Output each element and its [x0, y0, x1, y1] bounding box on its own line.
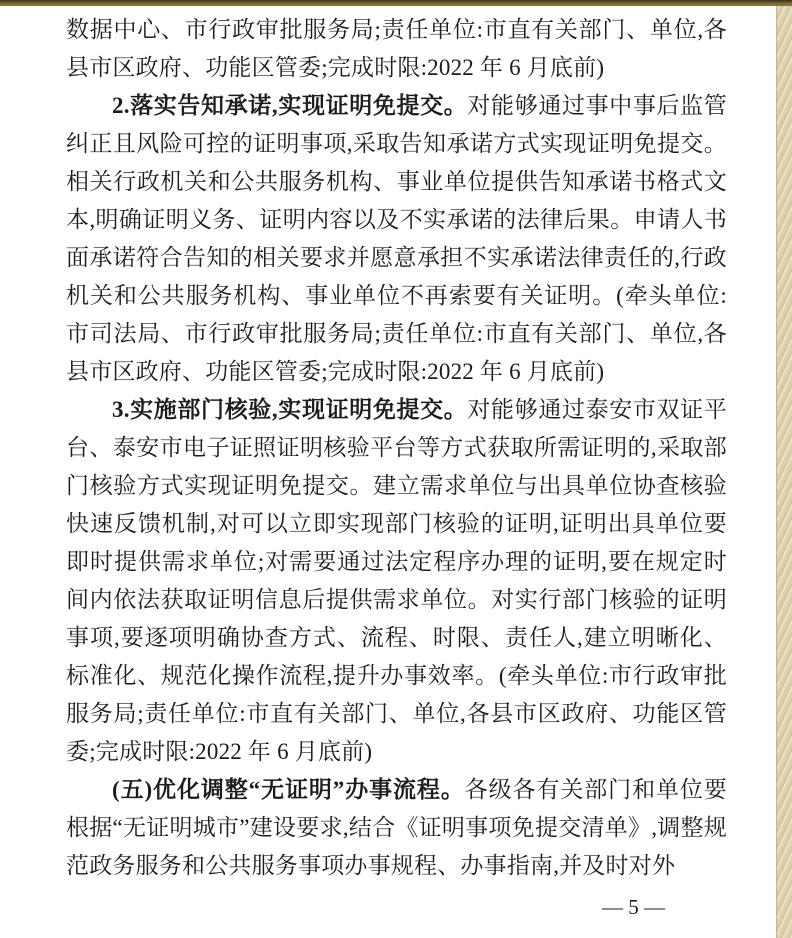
page-number: — 5 — — [66, 892, 727, 922]
paragraph-item-2: 2.落实告知承诺,实现证明免提交。对能够通过事中事后监管纠正且风险可控的证明事项… — [66, 87, 727, 391]
top-border-bar — [0, 0, 792, 6]
paragraph-item-5: (五)优化调整“无证明”办事流程。各级各有关部门和单位要根据“无证明城市”建设要… — [66, 771, 727, 885]
paragraph-lead: 2.落实告知承诺,实现证明免提交。 — [112, 93, 467, 118]
paragraph-text: 对能够通过事中事后监管纠正且风险可控的证明事项,采取告知承诺方式实现证明免提交。… — [66, 93, 727, 384]
paragraph-lead: 3.实施部门核验,实现证明免提交。 — [112, 397, 467, 422]
paragraph-text: 对能够通过泰安市双证平台、泰安市电子证照证明核验平台等方式获取所需证明的,采取部… — [66, 397, 727, 764]
paragraph-text: 数据中心、市行政审批服务局;责任单位:市直有关部门、单位,各县市区政府、功能区管… — [66, 17, 727, 80]
paragraph-continuation: 数据中心、市行政审批服务局;责任单位:市直有关部门、单位,各县市区政府、功能区管… — [66, 11, 727, 87]
paragraph-item-3: 3.实施部门核验,实现证明免提交。对能够通过泰安市双证平台、泰安市电子证照证明核… — [66, 391, 727, 771]
document-body: 数据中心、市行政审批服务局;责任单位:市直有关部门、单位,各县市区政府、功能区管… — [66, 11, 727, 922]
document-page: 数据中心、市行政审批服务局;责任单位:市直有关部门、单位,各县市区政府、功能区管… — [0, 0, 792, 938]
paragraph-lead: (五)优化调整“无证明”办事流程。 — [112, 777, 465, 802]
right-page-edge-strip — [776, 5, 792, 938]
